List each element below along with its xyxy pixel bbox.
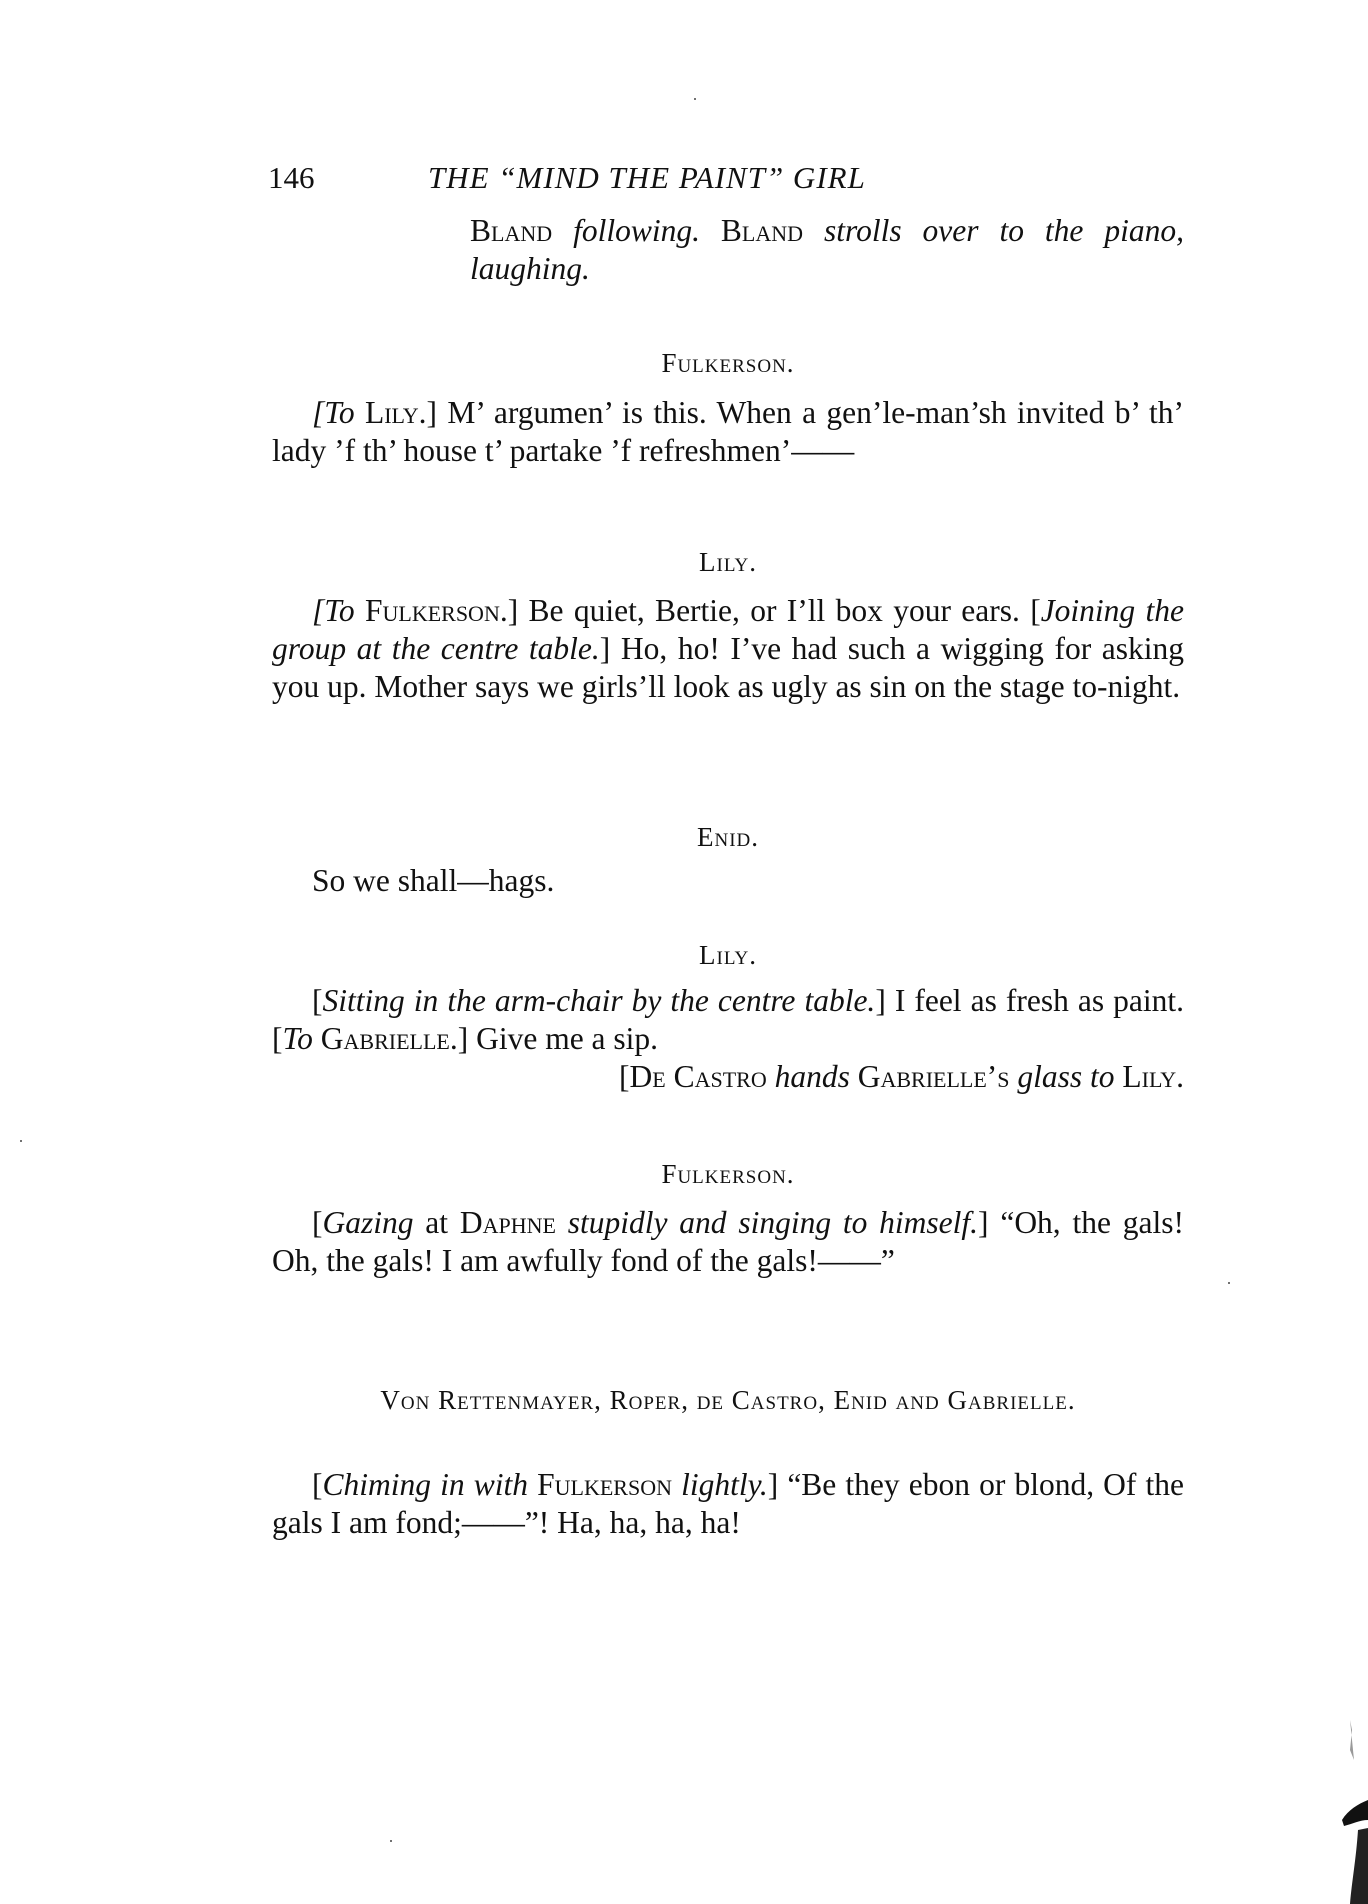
character-name: Bland	[470, 213, 552, 248]
character-name: Lily.]	[355, 395, 437, 430]
page-header: 146THE “MIND THE PAINT” GIRL	[268, 160, 1028, 196]
speaker-heading: Lily.	[272, 936, 1184, 974]
direction-text: Chiming in with	[323, 1467, 529, 1502]
character-name: Bland	[700, 213, 803, 248]
direction-text: following.	[552, 213, 700, 248]
dialogue-text: Be quiet, Bertie, or I’ll box your ears.…	[518, 593, 1040, 628]
direction-text: at	[414, 1205, 460, 1240]
running-title: THE “MIND THE PAINT” GIRL	[428, 160, 866, 195]
scan-speck	[20, 1140, 22, 1142]
bracket: [	[312, 1205, 323, 1240]
page-number: 146	[268, 160, 428, 196]
speaker-heading: Lily.	[272, 543, 1184, 581]
dialogue-paragraph: [Gazing at Daphne stupidly and singing t…	[272, 1204, 1184, 1280]
dialogue-text: So we shall—hags.	[312, 863, 554, 898]
character-name: Gabrielle’s	[850, 1059, 1010, 1094]
scan-edge-mark	[1332, 1720, 1368, 1904]
direction-text: Gazing	[323, 1205, 414, 1240]
speaker-heading-group: Von Rettenmayer, Roper, de Castro, Enid …	[298, 1380, 1158, 1420]
direction-text: [To	[312, 593, 355, 628]
dialogue-text: ] Give me a sip.	[458, 1021, 658, 1056]
scan-speck	[694, 98, 696, 100]
dialogue-paragraph: [Chiming in with Fulkerson lightly.] “Be…	[272, 1466, 1184, 1542]
dialogue-paragraph: So we shall—hags.	[272, 862, 1184, 900]
dialogue-paragraph: [To Lily.] M’ argumen’ is this. When a g…	[272, 394, 1184, 470]
direction-text: [To	[312, 395, 355, 430]
bracket: [	[312, 983, 323, 1018]
book-page: 146THE “MIND THE PAINT” GIRL Bland follo…	[0, 0, 1368, 1904]
direction-text: hands	[767, 1059, 850, 1094]
character-name: Fulkerson.]	[355, 593, 519, 628]
direction-text: To	[283, 1021, 313, 1056]
dialogue-paragraph: [To Fulkerson.] Be quiet, Bertie, or I’l…	[272, 592, 1184, 706]
scan-speck	[1228, 1282, 1230, 1284]
speaker-heading: Enid.	[272, 818, 1184, 856]
speaker-heading: Fulkerson.	[272, 344, 1184, 382]
character-name: Daphne	[460, 1205, 556, 1240]
direction-text: lightly.	[672, 1467, 768, 1502]
character-name: Lily.	[1115, 1059, 1184, 1094]
direction-text: glass to	[1010, 1059, 1115, 1094]
stage-direction-continued: Bland following. Bland strolls over to t…	[470, 212, 1184, 288]
character-name: Gabrielle.	[313, 1021, 458, 1056]
stage-direction: [De Castro hands Gabrielle’s glass to Li…	[272, 1058, 1184, 1096]
dialogue-paragraph: [Sitting in the arm-chair by the centre …	[272, 982, 1184, 1058]
direction-text: stupidly and singing to himself.	[556, 1205, 978, 1240]
scan-speck	[390, 1840, 392, 1842]
character-name: Fulkerson	[528, 1467, 672, 1502]
speaker-heading: Fulkerson.	[272, 1155, 1184, 1193]
direction-text: Sitting in the arm-chair by the centre t…	[323, 983, 876, 1018]
character-name: [De Castro	[619, 1059, 767, 1094]
bracket: [	[312, 1467, 323, 1502]
